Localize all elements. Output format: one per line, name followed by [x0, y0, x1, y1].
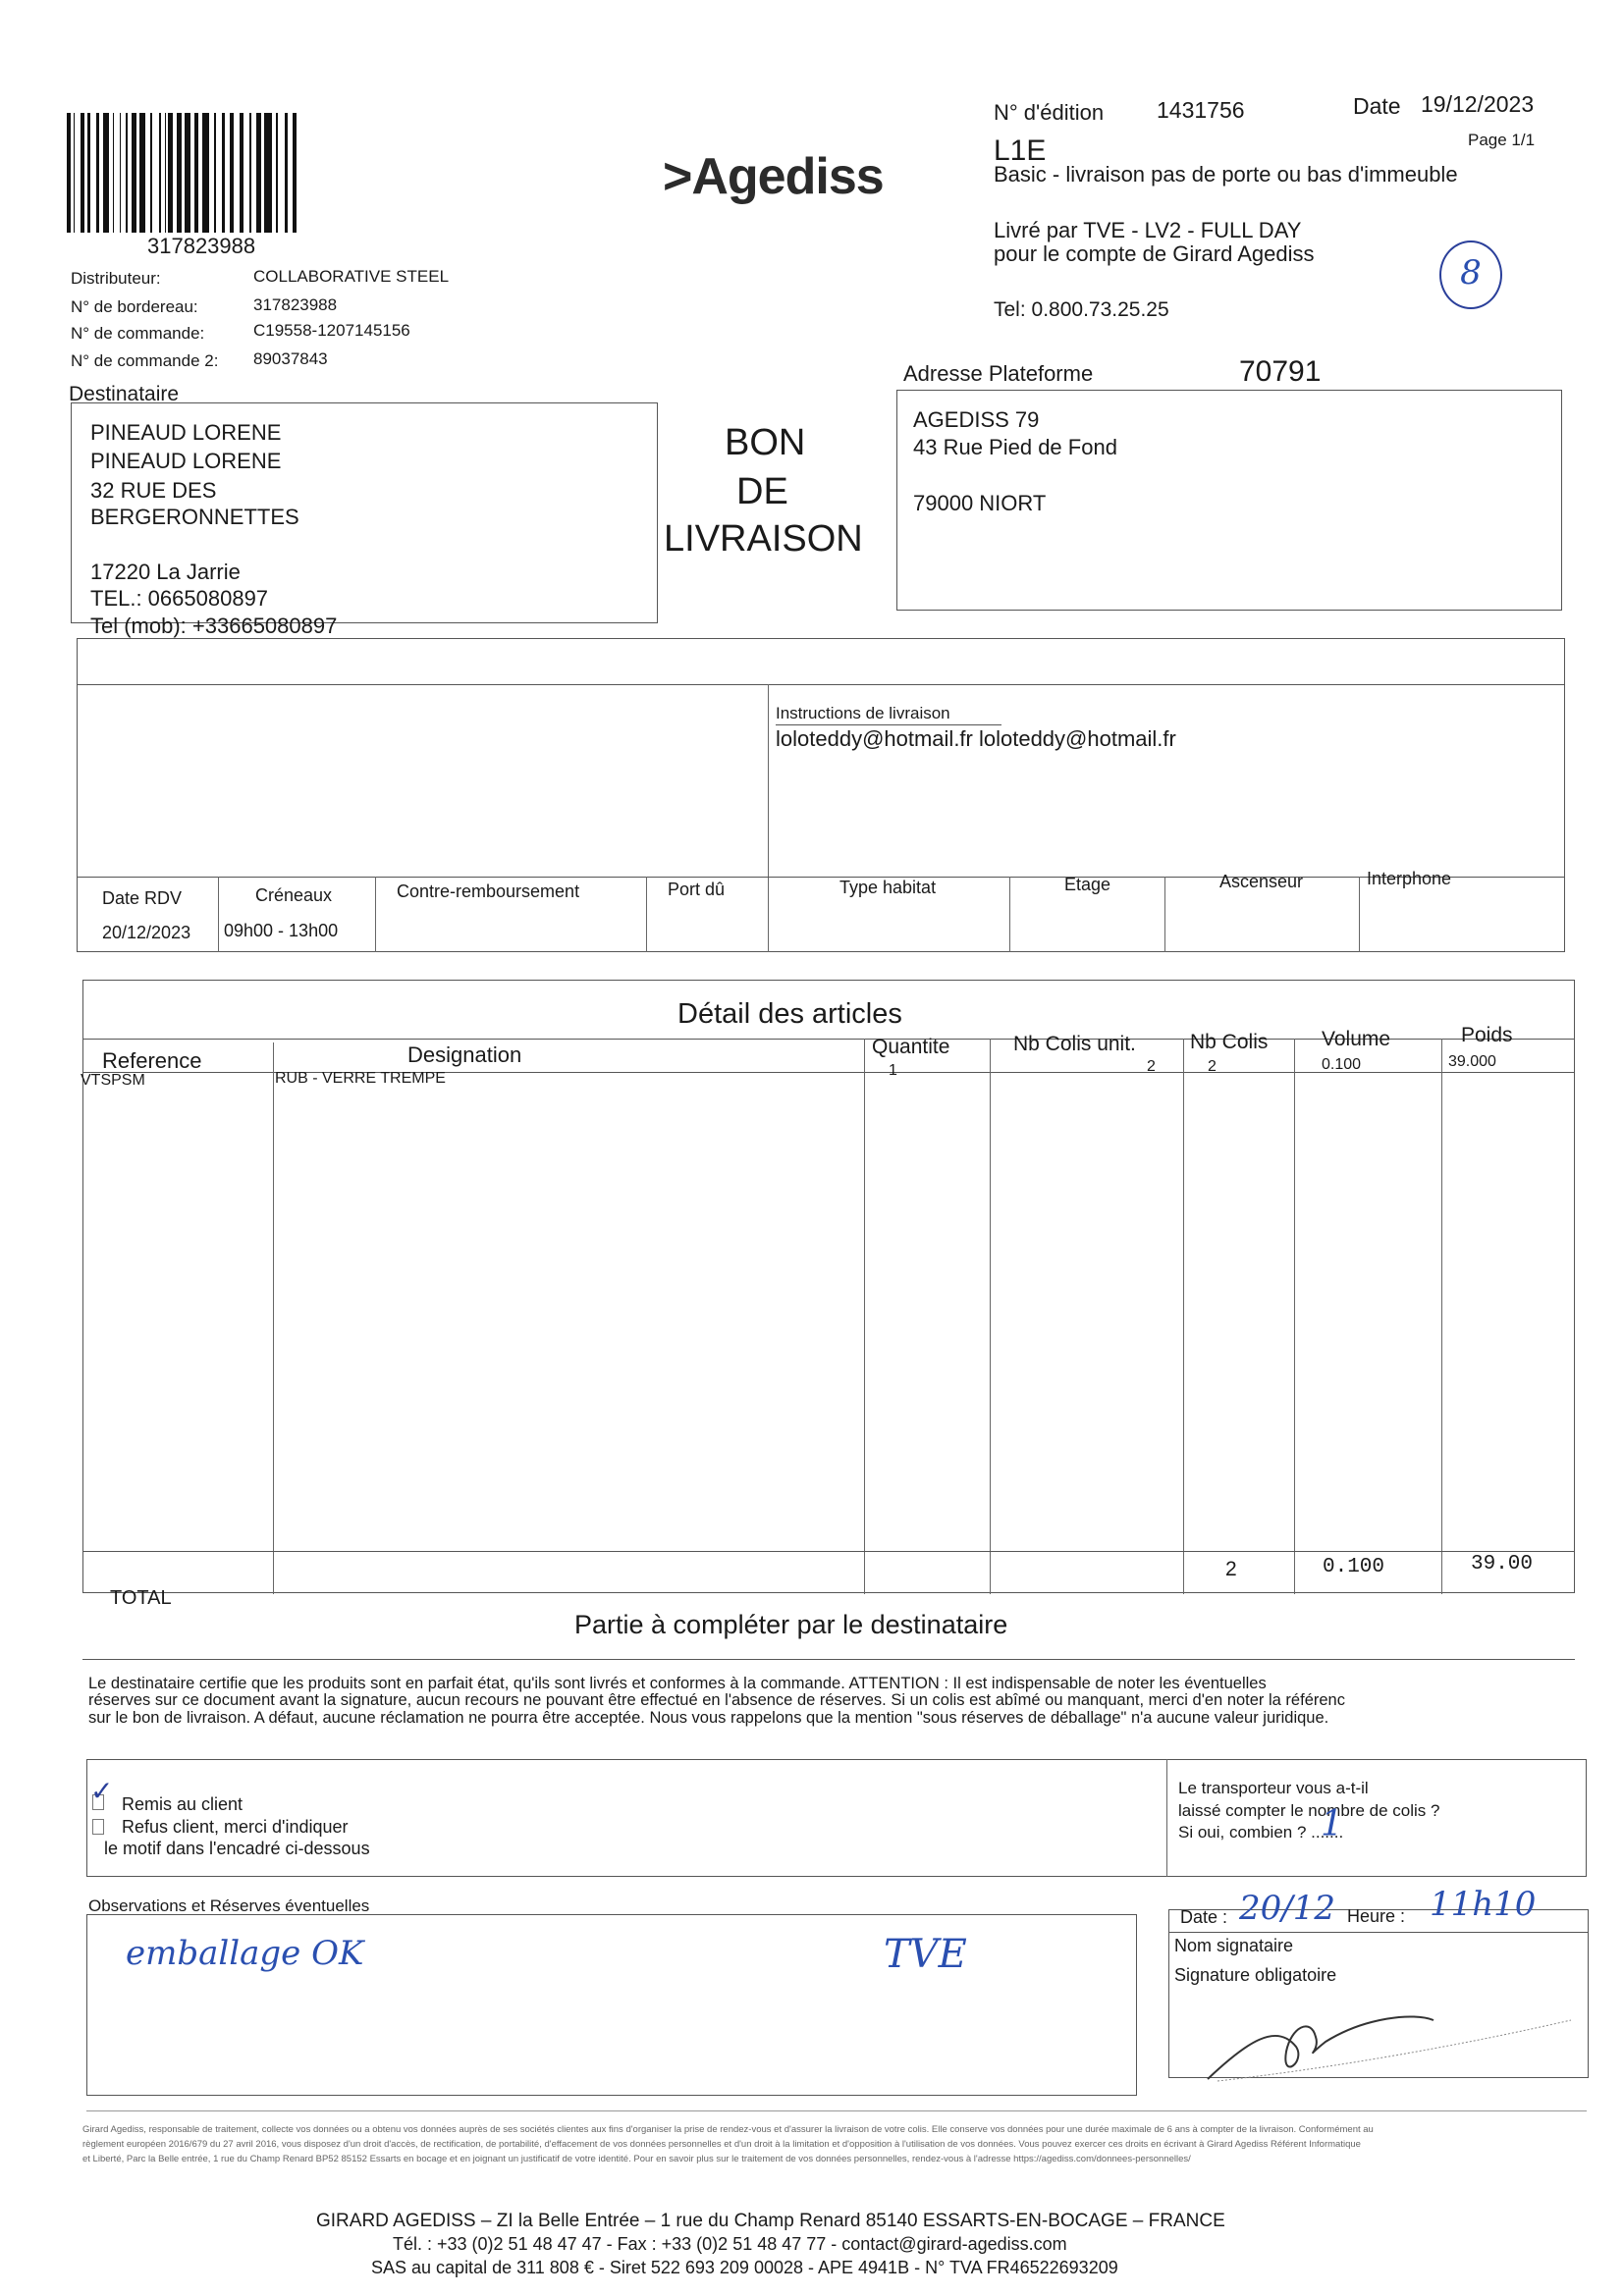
- articles-header: Designation: [407, 1042, 521, 1068]
- articles-header: Nb Colis unit.: [1013, 1033, 1136, 1056]
- privacy-line: Girard Agediss, responsable de traitemen…: [82, 2123, 1374, 2137]
- checkbox-refus[interactable]: [92, 1819, 104, 1835]
- recipient-line: PINEAUD LORENE: [90, 420, 281, 446]
- carrier-line: Livré par TVE - LV2 - FULL DAY: [994, 218, 1301, 243]
- rdv-header: Créneaux: [255, 885, 332, 906]
- agediss-logo: >Agediss: [663, 147, 884, 206]
- footer-contact: Tél. : +33 (0)2 51 48 47 47 - Fax : +33 …: [393, 2234, 1067, 2255]
- rdv-slot: 09h00 - 13h00: [224, 921, 338, 941]
- info-value: 317823988: [253, 295, 337, 315]
- signature-scribble: [1188, 1993, 1581, 2091]
- handwritten-circled-number: 8: [1439, 240, 1502, 309]
- info-label: N° de bordereau:: [71, 297, 198, 317]
- footer-legal: SAS au capital de 311 808 € - Siret 522 …: [371, 2258, 1118, 2278]
- barcode-number: 317823988: [147, 234, 255, 259]
- observations-label: Observations et Réserves éventuelles: [88, 1896, 369, 1916]
- total-nb-colis: 2: [1225, 1558, 1237, 1581]
- notice-line: sur le bon de livraison. A défaut, aucun…: [88, 1709, 1328, 1728]
- articles-header: Quantite: [872, 1036, 949, 1059]
- article-quantity: 1: [889, 1062, 897, 1080]
- option-refus-label: Refus client, merci d'indiquer: [122, 1817, 349, 1838]
- edition-date: 19/12/2023: [1421, 91, 1534, 118]
- count-question: Le transporteur vous a-t-il: [1178, 1779, 1369, 1798]
- rdv-header: Etage: [1064, 875, 1110, 895]
- rdv-header: Ascenseur: [1219, 872, 1303, 892]
- instructions-label: Instructions de livraison: [776, 704, 950, 723]
- nom-signataire-label: Nom signataire: [1174, 1936, 1293, 1956]
- handwritten-date: 20/12: [1239, 1889, 1335, 1928]
- recipient-line: 17220 La Jarrie: [90, 560, 241, 585]
- articles-header: Reference: [102, 1048, 202, 1074]
- carrier-account: pour le compte de Girard Agediss: [994, 241, 1315, 267]
- instructions-text: loloteddy@hotmail.fr loloteddy@hotmail.f…: [776, 726, 1176, 752]
- page-number: Page 1/1: [1468, 131, 1535, 150]
- rdv-date: 20/12/2023: [102, 923, 190, 943]
- article-volume: 0.100: [1322, 1056, 1361, 1074]
- recipient-line: 32 RUE DES: [90, 478, 216, 504]
- recipient-line: BERGERONNETTES: [90, 505, 299, 530]
- handwritten-count: 1: [1321, 1804, 1343, 1844]
- info-value: COLLABORATIVE STEEL: [253, 267, 449, 287]
- platform-title: Adresse Plateforme: [903, 361, 1093, 387]
- article-reference: VTSPSM: [81, 1072, 145, 1090]
- article-colis-unit: 2: [1147, 1058, 1156, 1076]
- recipient-phone: TEL.: 0665080897: [90, 586, 268, 612]
- option-refus-label-2: le motif dans l'encadré ci-dessous: [104, 1839, 370, 1859]
- info-label: N° de commande:: [71, 324, 204, 344]
- heure-label: Heure :: [1347, 1906, 1405, 1927]
- rdv-header: Contre-remboursement: [397, 881, 579, 902]
- recipient-section-title: Partie à compléter par le destinataire: [574, 1610, 1007, 1640]
- edition-label: N° d'édition: [994, 100, 1104, 126]
- info-value: 89037843: [253, 349, 328, 369]
- edition-number: 1431756: [1157, 97, 1245, 124]
- barcode: [67, 113, 410, 233]
- platform-line: AGEDISS 79: [913, 407, 1039, 433]
- articles-header: Volume: [1322, 1028, 1390, 1051]
- articles-header: Poids: [1461, 1024, 1513, 1047]
- privacy-line: et Liberté, Parc la Belle entrée, 1 rue …: [82, 2153, 1191, 2166]
- date-label: Date :: [1180, 1907, 1227, 1928]
- total-volume: 0.100: [1323, 1556, 1384, 1578]
- doc-title-livraison: LIVRAISON: [664, 518, 863, 561]
- handwritten-initials: TVE: [884, 1932, 967, 1977]
- info-label: N° de commande 2:: [71, 351, 218, 371]
- footer-address: GIRARD AGEDISS – ZI la Belle Entrée – 1 …: [316, 2211, 1225, 2232]
- rdv-header: Port dû: [668, 880, 725, 900]
- rdv-header: Type habitat: [839, 878, 936, 898]
- articles-header: Nb Colis: [1190, 1031, 1268, 1054]
- option-remis-label: Remis au client: [122, 1794, 243, 1815]
- article-weight: 39.000: [1448, 1053, 1496, 1071]
- privacy-line: règlement européen 2016/679 du 27 avril …: [82, 2138, 1361, 2152]
- platform-line: 79000 NIORT: [913, 491, 1046, 516]
- check-mark-icon: ✓: [90, 1775, 113, 1807]
- total-label: TOTAL: [110, 1587, 172, 1610]
- article-designation: RUB - VERRE TREMPE: [275, 1070, 446, 1088]
- recipient-line: PINEAUD LORENE: [90, 449, 281, 474]
- service-description: Basic - livraison pas de porte ou bas d'…: [994, 162, 1458, 187]
- rdv-header: Date RDV: [102, 888, 182, 909]
- info-value: C19558-1207145156: [253, 321, 410, 341]
- signature-label: Signature obligatoire: [1174, 1965, 1336, 1986]
- carrier-tel: Tel: 0.800.73.25.25: [994, 298, 1169, 322]
- rdv-header: Interphone: [1367, 869, 1451, 889]
- total-weight: 39.00: [1471, 1553, 1533, 1575]
- date-label: Date: [1353, 93, 1401, 120]
- notice-line: réserves sur ce document avant la signat…: [88, 1691, 1345, 1710]
- count-question: laissé compter le nombre de colis ?: [1178, 1801, 1439, 1821]
- doc-title-de: DE: [736, 471, 788, 513]
- handwritten-time: 11h10: [1430, 1885, 1536, 1924]
- platform-line: 43 Rue Pied de Fond: [913, 435, 1117, 460]
- count-question: Si oui, combien ? .......: [1178, 1823, 1343, 1842]
- platform-code: 70791: [1239, 355, 1321, 389]
- articles-title: Détail des articles: [677, 998, 902, 1031]
- article-nb-colis: 2: [1208, 1058, 1217, 1076]
- recipient-mobile: Tel (mob): +33665080897: [90, 614, 337, 639]
- info-label: Distributeur:: [71, 269, 161, 289]
- doc-title-bon: BON: [725, 422, 805, 464]
- handwritten-observation: emballage OK: [126, 1934, 363, 1973]
